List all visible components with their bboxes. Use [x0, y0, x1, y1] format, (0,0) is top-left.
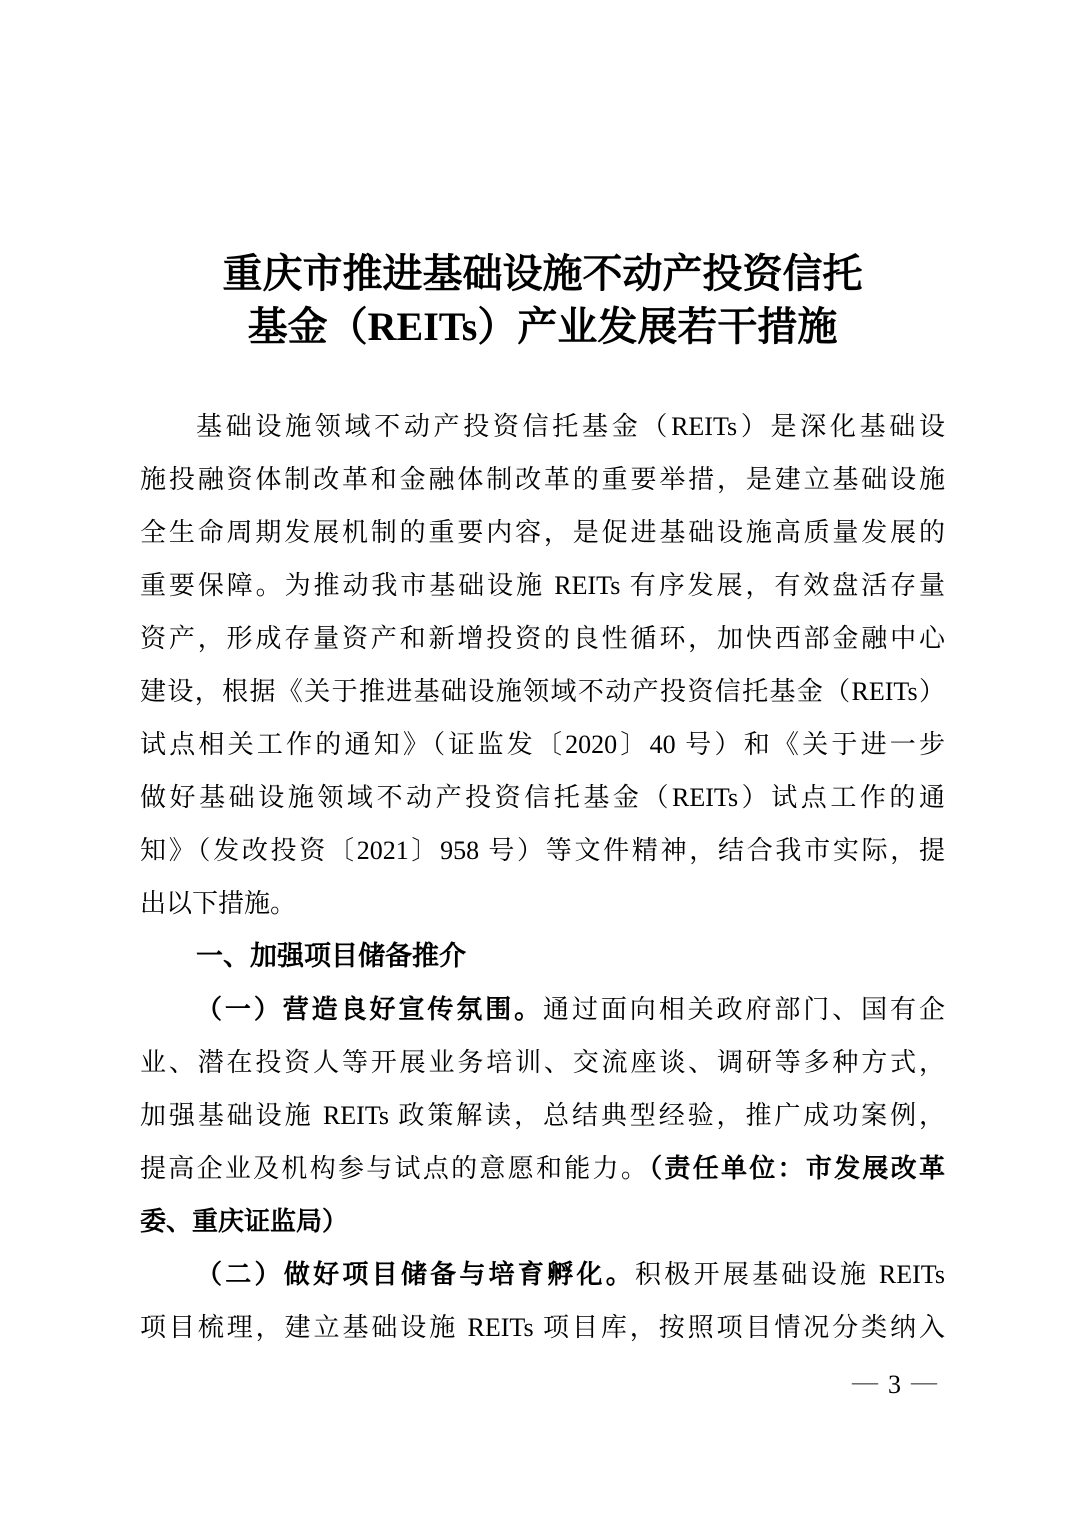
text-line: 施投融资体制改革和金融体制改革的重要举措，是建立基础设施 [140, 453, 945, 506]
text-line: 知》（发改投资〔2021〕958 号）等文件精神，结合我市实际，提 [140, 824, 945, 877]
text-segment-kai: 委、重庆证监局） [140, 1207, 348, 1236]
item-2-paragraph: （二）做好项目储备与培育孵化。积极开展基础设施 REITs项目梳理，建立基础设施… [140, 1248, 945, 1354]
text-line: （二）做好项目储备与培育孵化。积极开展基础设施 REITs [140, 1248, 945, 1301]
text-line: 做好基础设施领域不动产投资信托基金（REITs）试点工作的通 [140, 771, 945, 824]
text-line: 出以下措施。 [140, 877, 945, 930]
text-line: 项目梳理，建立基础设施 REITs 项目库，按照项目情况分类纳入 [140, 1301, 945, 1354]
text-segment-song: 提高企业及机构参与试点的意愿和能力。 [140, 1154, 649, 1183]
text-segment-song: 项目梳理，建立基础设施 REITs 项目库，按照项目情况分类纳入 [140, 1313, 945, 1342]
text-segment-song: 通过面向相关政府部门、国有企 [543, 995, 945, 1024]
text-segment-kai-em: （二）做好项目储备与培育孵化。 [196, 1260, 635, 1289]
page-number: 3 [888, 1370, 901, 1399]
text-line: 建设，根据《关于推进基础设施领域不动产投资信托基金（REITs） [140, 665, 945, 718]
text-segment-song: 全生命周期发展机制的重要内容，是促进基础设施高质量发展的 [140, 518, 945, 547]
text-segment-song: 积极开展基础设施 REITs [635, 1260, 945, 1289]
text-line: 资产，形成存量资产和新增投资的良性循环，加快西部金融中心 [140, 612, 945, 665]
text-segment-song: 业、潜在投资人等开展业务培训、交流座谈、调研等多种方式， [140, 1048, 945, 1077]
text-segment-song: 资产，形成存量资产和新增投资的良性循环，加快西部金融中心 [140, 624, 945, 653]
item-1-paragraph: （一）营造良好宣传氛围。通过面向相关政府部门、国有企业、潜在投资人等开展业务培训… [140, 983, 945, 1248]
text-line: 加强基础设施 REITs 政策解读，总结典型经验，推广成功案例， [140, 1089, 945, 1142]
intro-paragraph: 基础设施领域不动产投资信托基金（REITs）是深化基础设施投融资体制改革和金融体… [140, 400, 945, 930]
text-line: 一、加强项目储备推介 [140, 930, 945, 983]
text-line: 试点相关工作的通知》（证监发〔2020〕40 号）和《关于进一步 [140, 718, 945, 771]
text-segment-song: 试点相关工作的通知》（证监发〔2020〕40 号）和《关于进一步 [140, 730, 945, 759]
page-number-dash-left: — [852, 1367, 878, 1396]
text-line: 业、潜在投资人等开展业务培训、交流座谈、调研等多种方式， [140, 1036, 945, 1089]
text-segment-song: 重要保障。为推动我市基础设施 REITs 有序发展，有效盘活存量 [140, 571, 945, 600]
text-segment-song: 基础设施领域不动产投资信托基金（REITs）是深化基础设 [196, 412, 945, 441]
text-segment-kai: （责任单位：市发展改革 [649, 1154, 945, 1183]
text-line: 委、重庆证监局） [140, 1195, 945, 1248]
document-page: 重庆市推进基础设施不动产投资信托 基金（REITs）产业发展若干措施 基础设施领… [0, 0, 1074, 1520]
text-segment-song: 建设，根据《关于推进基础设施领域不动产投资信托基金（REITs） [140, 677, 945, 706]
page-content: 重庆市推进基础设施不动产投资信托 基金（REITs）产业发展若干措施 基础设施领… [140, 247, 945, 1354]
text-line: 提高企业及机构参与试点的意愿和能力。（责任单位：市发展改革 [140, 1142, 945, 1195]
document-body: 基础设施领域不动产投资信托基金（REITs）是深化基础设施投融资体制改革和金融体… [140, 400, 945, 1354]
text-segment-song: 知》（发改投资〔2021〕958 号）等文件精神，结合我市实际，提 [140, 836, 945, 865]
text-line: 全生命周期发展机制的重要内容，是促进基础设施高质量发展的 [140, 506, 945, 559]
document-title: 重庆市推进基础设施不动产投资信托 基金（REITs）产业发展若干措施 [140, 247, 945, 353]
text-segment-hei: 一、加强项目储备推介 [196, 941, 466, 971]
text-segment-song: 做好基础设施领域不动产投资信托基金（REITs）试点工作的通 [140, 783, 945, 812]
section-1-heading: 一、加强项目储备推介 [140, 930, 945, 983]
text-segment-song: 加强基础设施 REITs 政策解读，总结典型经验，推广成功案例， [140, 1101, 945, 1130]
title-line-1: 重庆市推进基础设施不动产投资信托 [140, 247, 945, 300]
text-segment-kai-em: （一）营造良好宣传氛围。 [196, 995, 543, 1024]
text-line: 重要保障。为推动我市基础设施 REITs 有序发展，有效盘活存量 [140, 559, 945, 612]
page-number-dash-right: — [911, 1367, 937, 1396]
text-line: （一）营造良好宣传氛围。通过面向相关政府部门、国有企 [140, 983, 945, 1036]
page-footer: —3— [140, 1365, 937, 1405]
text-line: 基础设施领域不动产投资信托基金（REITs）是深化基础设 [140, 400, 945, 453]
text-segment-song: 施投融资体制改革和金融体制改革的重要举措，是建立基础设施 [140, 465, 945, 494]
title-line-2: 基金（REITs）产业发展若干措施 [140, 300, 945, 353]
text-segment-song: 出以下措施。 [140, 889, 296, 918]
